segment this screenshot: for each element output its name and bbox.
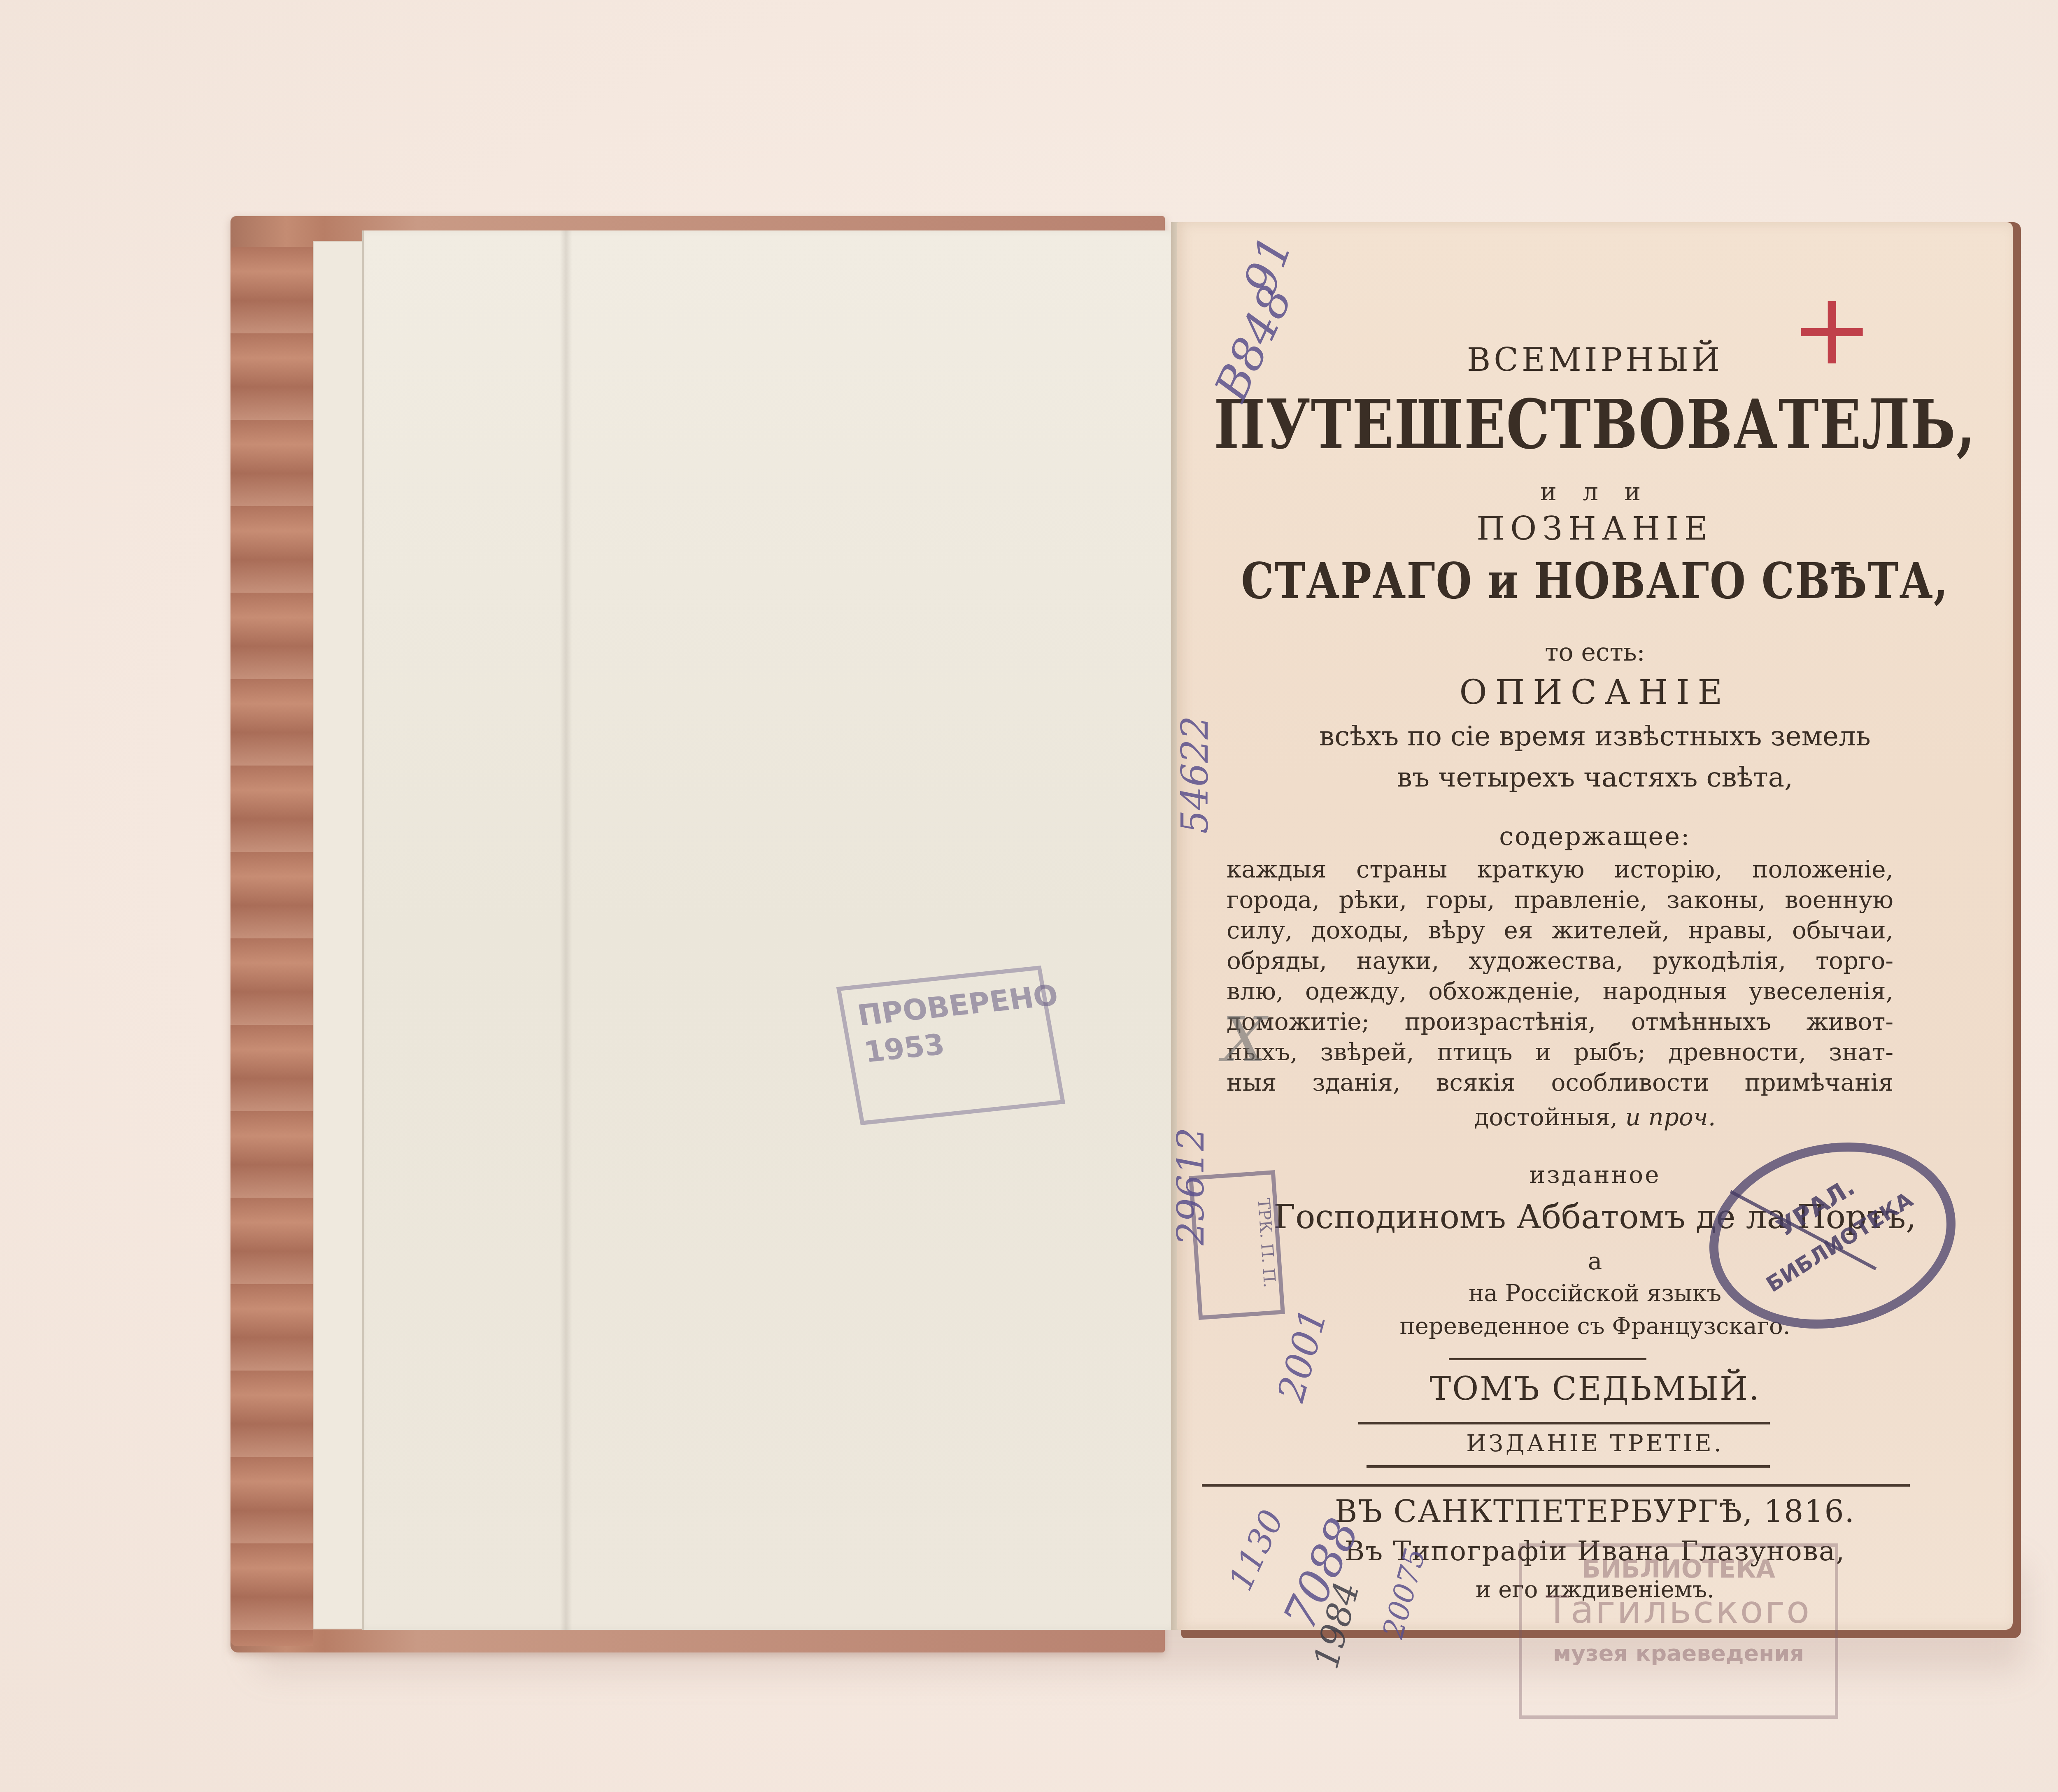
contents-line: города, рѣки, горы, правленіе, законы, в… bbox=[1227, 884, 1893, 915]
title-line-2: ПУТЕШЕСТВОВАТЕЛЬ, bbox=[1177, 385, 2013, 465]
contents-end: достойныя, и проч. bbox=[1177, 1103, 2013, 1131]
blank-flyleaf bbox=[362, 230, 1179, 1630]
contents-paragraph: каждыя страны краткую исторію, положеніе… bbox=[1227, 854, 1893, 1098]
imprint-city-year: ВЪ САНКТПЕТЕРБУРГѢ, 1816. bbox=[1177, 1494, 2013, 1529]
contents-line: влю, одежду, обхожденіе, народныя увесел… bbox=[1227, 976, 1893, 1006]
contents-line: каждыя страны краткую исторію, положеніе… bbox=[1227, 854, 1893, 884]
stamp-text: Тагильского bbox=[1522, 1588, 1835, 1632]
leather-spine-edge bbox=[230, 247, 313, 1646]
contents-line: силу, доходы, вѣру ея жителей, нравы, об… bbox=[1227, 915, 1893, 945]
edition-label: ИЗДАНІЕ ТРЕТІЕ. bbox=[1177, 1430, 2013, 1457]
pencil-x-mark: X bbox=[1222, 1004, 1266, 1076]
rule-imprint bbox=[1202, 1484, 1910, 1487]
subtitle-2: СТАРАГО и НОВАГО СВѢТА, bbox=[1177, 552, 2013, 610]
rule-short bbox=[1449, 1358, 1646, 1360]
description-line-2: въ четырехъ частяхъ свѣта, bbox=[1177, 761, 2013, 793]
red-plus-mark: + bbox=[1790, 272, 1873, 387]
etc-abbrev: и проч. bbox=[1625, 1103, 1716, 1131]
that-is: то есть: bbox=[1177, 638, 2013, 667]
stamp-text: музея краеведения bbox=[1522, 1640, 1835, 1666]
rule-edition-top bbox=[1358, 1422, 1770, 1424]
faded-check-stamp: ПРОВЕРЕНО 1953 bbox=[836, 966, 1065, 1125]
description-line-1: всѣхъ по сіе время извѣстныхъ земель bbox=[1177, 720, 2013, 752]
contents-line: ныхъ, звѣрей, птицъ и рыбъ; древности, з… bbox=[1227, 1037, 1893, 1067]
subtitle-1: ПОЗНАНІЕ bbox=[1177, 510, 2013, 547]
flyleaf-crease bbox=[560, 230, 572, 1630]
title-line-1: ВСЕМІРНЫЙ bbox=[1177, 342, 2013, 379]
vertical-number-2: 29612 bbox=[1169, 1127, 1213, 1245]
or-connector: и л и bbox=[1177, 477, 2013, 506]
rule-edition-bottom bbox=[1367, 1465, 1770, 1468]
containing-label: содержащее: bbox=[1177, 821, 2013, 851]
description-heading: ОПИСАНІЕ bbox=[1177, 673, 2013, 712]
museum-library-stamp: БИБЛИОТЕКА Тагильского музея краеведения bbox=[1519, 1543, 1838, 1719]
book-photo-scene: ПРОВЕРЕНО 1953 ВСЕМІРНЫЙ ПУТЕШЕСТВОВАТЕЛ… bbox=[0, 0, 2058, 1792]
vertical-number-1: 54622 bbox=[1173, 716, 1217, 833]
stamp-text: БИБЛИОТЕКА bbox=[1522, 1555, 1835, 1584]
title-page: ВСЕМІРНЫЙ ПУТЕШЕСТВОВАТЕЛЬ, и л и ПОЗНАН… bbox=[1177, 222, 2013, 1630]
contents-last-word: достойныя, bbox=[1474, 1103, 1618, 1131]
contents-line: ныя зданія, всякія особливости примѣчані… bbox=[1227, 1067, 1893, 1098]
contents-line: доможитіе; произрастѣнія, отмѣнныхъ живо… bbox=[1227, 1006, 1893, 1037]
contents-line: обряды, науки, художества, рукодѣлія, то… bbox=[1227, 945, 1893, 976]
